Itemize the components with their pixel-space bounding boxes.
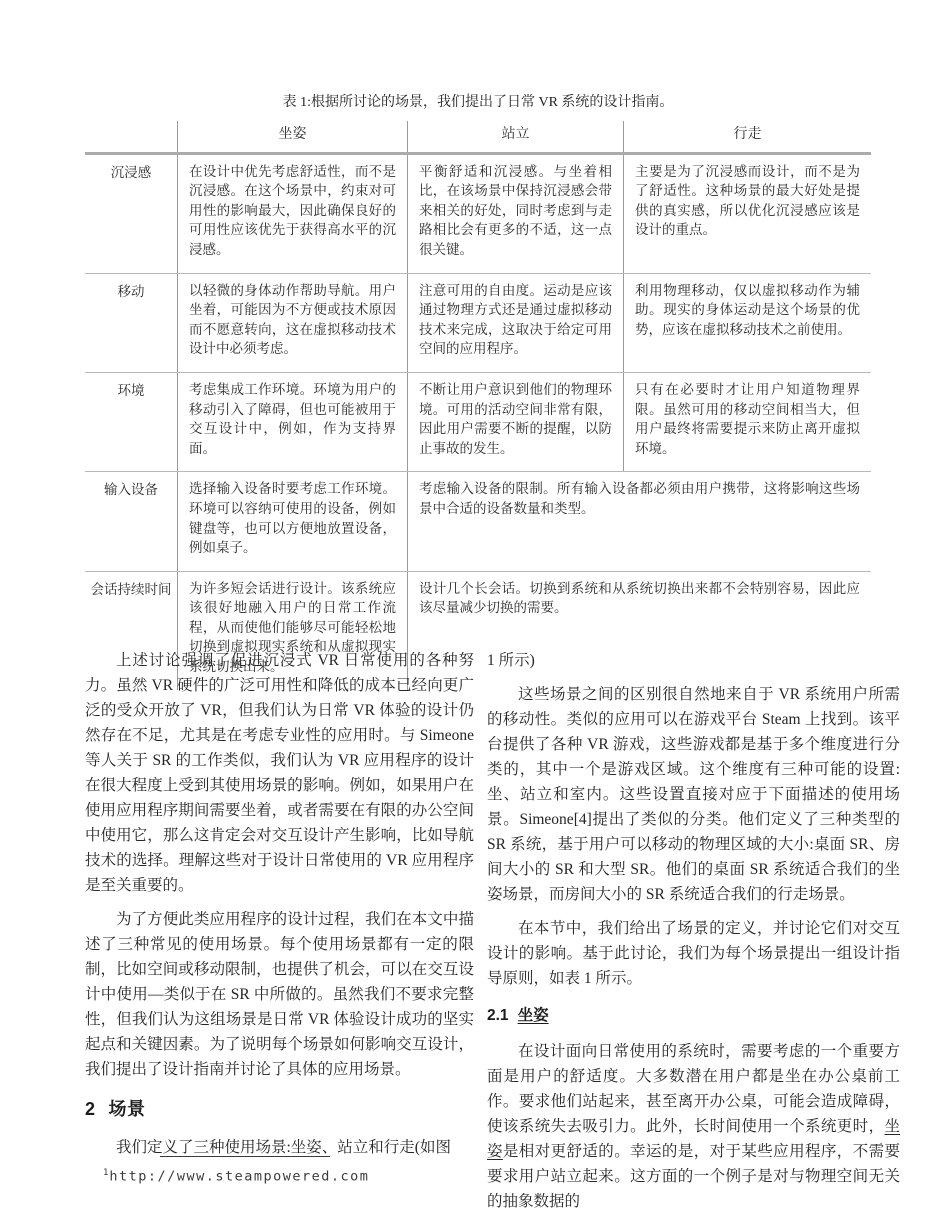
table-cell: 在设计中优先考虑舒适性，而不是沉浸感。在这个场景中，约束对可用性的影响最大，因此…	[177, 155, 407, 273]
paragraph-text: 是相对更舒适的。幸运的是，对于某些应用程序，不需要要求用户站立起来。这方面的一个…	[487, 1143, 900, 1210]
header-empty-cell	[85, 121, 177, 152]
footnote-marker: 1	[103, 1168, 108, 1178]
paragraph-continuation: 1 所示)	[487, 648, 900, 673]
row-label: 移动	[85, 274, 177, 372]
paragraph: 为了方便此类应用程序的设计过程，我们在本文中描述了三种常见的使用场景。每个使用场…	[85, 907, 474, 1082]
row-label: 环境	[85, 373, 177, 471]
table-caption: 表 1:根据所讨论的场景，我们提出了日常 VR 系统的设计指南。	[85, 94, 871, 112]
table-cell: 以轻微的身体动作帮助导航。用户坐着，可能因为不方便或技术原因而不愿意转向，这在虚…	[177, 274, 407, 372]
footnote-url: http://www.steampowered.com	[109, 1169, 369, 1185]
table-header-row: 坐姿 站立 行走	[85, 121, 871, 155]
table-row-environment: 环境 考虑集成工作环境。环境为用户的移动引入了障碍，但也可能被用于交互设计中，例…	[85, 372, 871, 471]
section-title: 场景	[109, 1099, 146, 1119]
table-row-immersion: 沉浸感 在设计中优先考虑舒适性，而不是沉浸感。在这个场景中，约束对可用性的影响最…	[85, 155, 871, 273]
paragraph: 在设计面向日常使用的系统时，需要考虑的一个重要方面是用户的舒适度。大多数潜在用户…	[487, 1039, 900, 1214]
subsection-title: 坐姿	[518, 1007, 549, 1024]
subsection-number: 2.1	[487, 1007, 509, 1024]
table-1-block: 表 1:根据所讨论的场景，我们提出了日常 VR 系统的设计指南。 坐姿 站立 行…	[85, 94, 871, 690]
paragraph: 在本节中，我们给出了场景的定义，并讨论它们对交互设计的影响。基于此讨论，我们为每…	[487, 916, 900, 991]
table-cell: 不断让用户意识到他们的物理环境。可用的活动空间非常有限，因此用户需要不断的提醒，…	[407, 373, 623, 471]
table-cell: 平衡舒适和沉浸感。与坐着相比，在该场景中保持沉浸感会带来相关的好处，同时考虑到与…	[407, 155, 623, 273]
table-row-movement: 移动 以轻微的身体动作帮助导航。用户坐着，可能因为不方便或技术原因而不愿意转向，…	[85, 273, 871, 372]
table-cell-merged: 考虑输入设备的限制。所有输入设备都必须由用户携带，这将影响这些场景中合适的设备数…	[407, 472, 871, 570]
section-number: 2	[85, 1099, 96, 1119]
row-label: 输入设备	[85, 472, 177, 570]
subsection-heading-sitting: 2.1坐姿	[487, 1003, 900, 1028]
table-cell: 利用物理移动，仅以虚拟移动作为辅助。现实的身体运动是这个场景的优势，应该在虚拟移…	[623, 274, 871, 372]
footnote-rule	[160, 1156, 330, 1157]
right-column: 1 所示) 这些场景之间的区别很自然地来自于 VR 系统用户所需的移动性。类似的…	[487, 648, 900, 1223]
footnote-block: 1http://www.steampowered.com	[85, 1156, 485, 1185]
design-guidelines-table: 坐姿 站立 行走 沉浸感 在设计中优先考虑舒适性，而不是沉浸感。在这个场景中，约…	[85, 121, 871, 690]
paragraph: 上述讨论强调了促进沉浸式 VR 日常使用的各种努力。虽然 VR 硬件的广泛可用性…	[85, 648, 474, 898]
left-column: 上述讨论强调了促进沉浸式 VR 日常使用的各种努力。虽然 VR 硬件的广泛可用性…	[85, 648, 474, 1169]
table-cell: 主要是为了沉浸感而设计，而不是为了舒适性。这种场景的最大好处是提供的真实感，所以…	[623, 155, 871, 273]
table-cell: 只有在必要时才让用户知道物理界限。虽然可用的移动空间相当大，但用户最终将需要提示…	[623, 373, 871, 471]
paragraph-text: 在设计面向日常使用的系统时，需要考虑的一个重要方面是用户的舒适度。大多数潜在用户…	[487, 1043, 900, 1135]
table-cell: 考虑集成工作环境。环境为用户的移动引入了障碍，但也可能被用于交互设计中，例如，作…	[177, 373, 407, 471]
paragraph: 这些场景之间的区别很自然地来自于 VR 系统用户所需的移动性。类似的应用可以在游…	[487, 682, 900, 907]
table-cell: 选择输入设备时要考虑工作环境。环境可以容纳可使用的设备，例如键盘等，也可以方便地…	[177, 472, 407, 570]
col-header-standing: 站立	[407, 121, 623, 152]
table-row-input-devices: 输入设备 选择输入设备时要考虑工作环境。环境可以容纳可使用的设备，例如键盘等，也…	[85, 471, 871, 570]
footnote-text: 1http://www.steampowered.com	[103, 1168, 485, 1185]
col-header-sitting: 坐姿	[177, 121, 407, 152]
paper-page: 表 1:根据所讨论的场景，我们提出了日常 VR 系统的设计指南。 坐姿 站立 行…	[0, 0, 952, 1232]
section-heading-scenarios: 2场景	[85, 1097, 474, 1122]
table-cell: 注意可用的自由度。运动是应该通过物理方式还是通过虚拟移动技术来完成，这取决于给定…	[407, 274, 623, 372]
col-header-walking: 行走	[623, 121, 871, 152]
row-label: 沉浸感	[85, 155, 177, 273]
